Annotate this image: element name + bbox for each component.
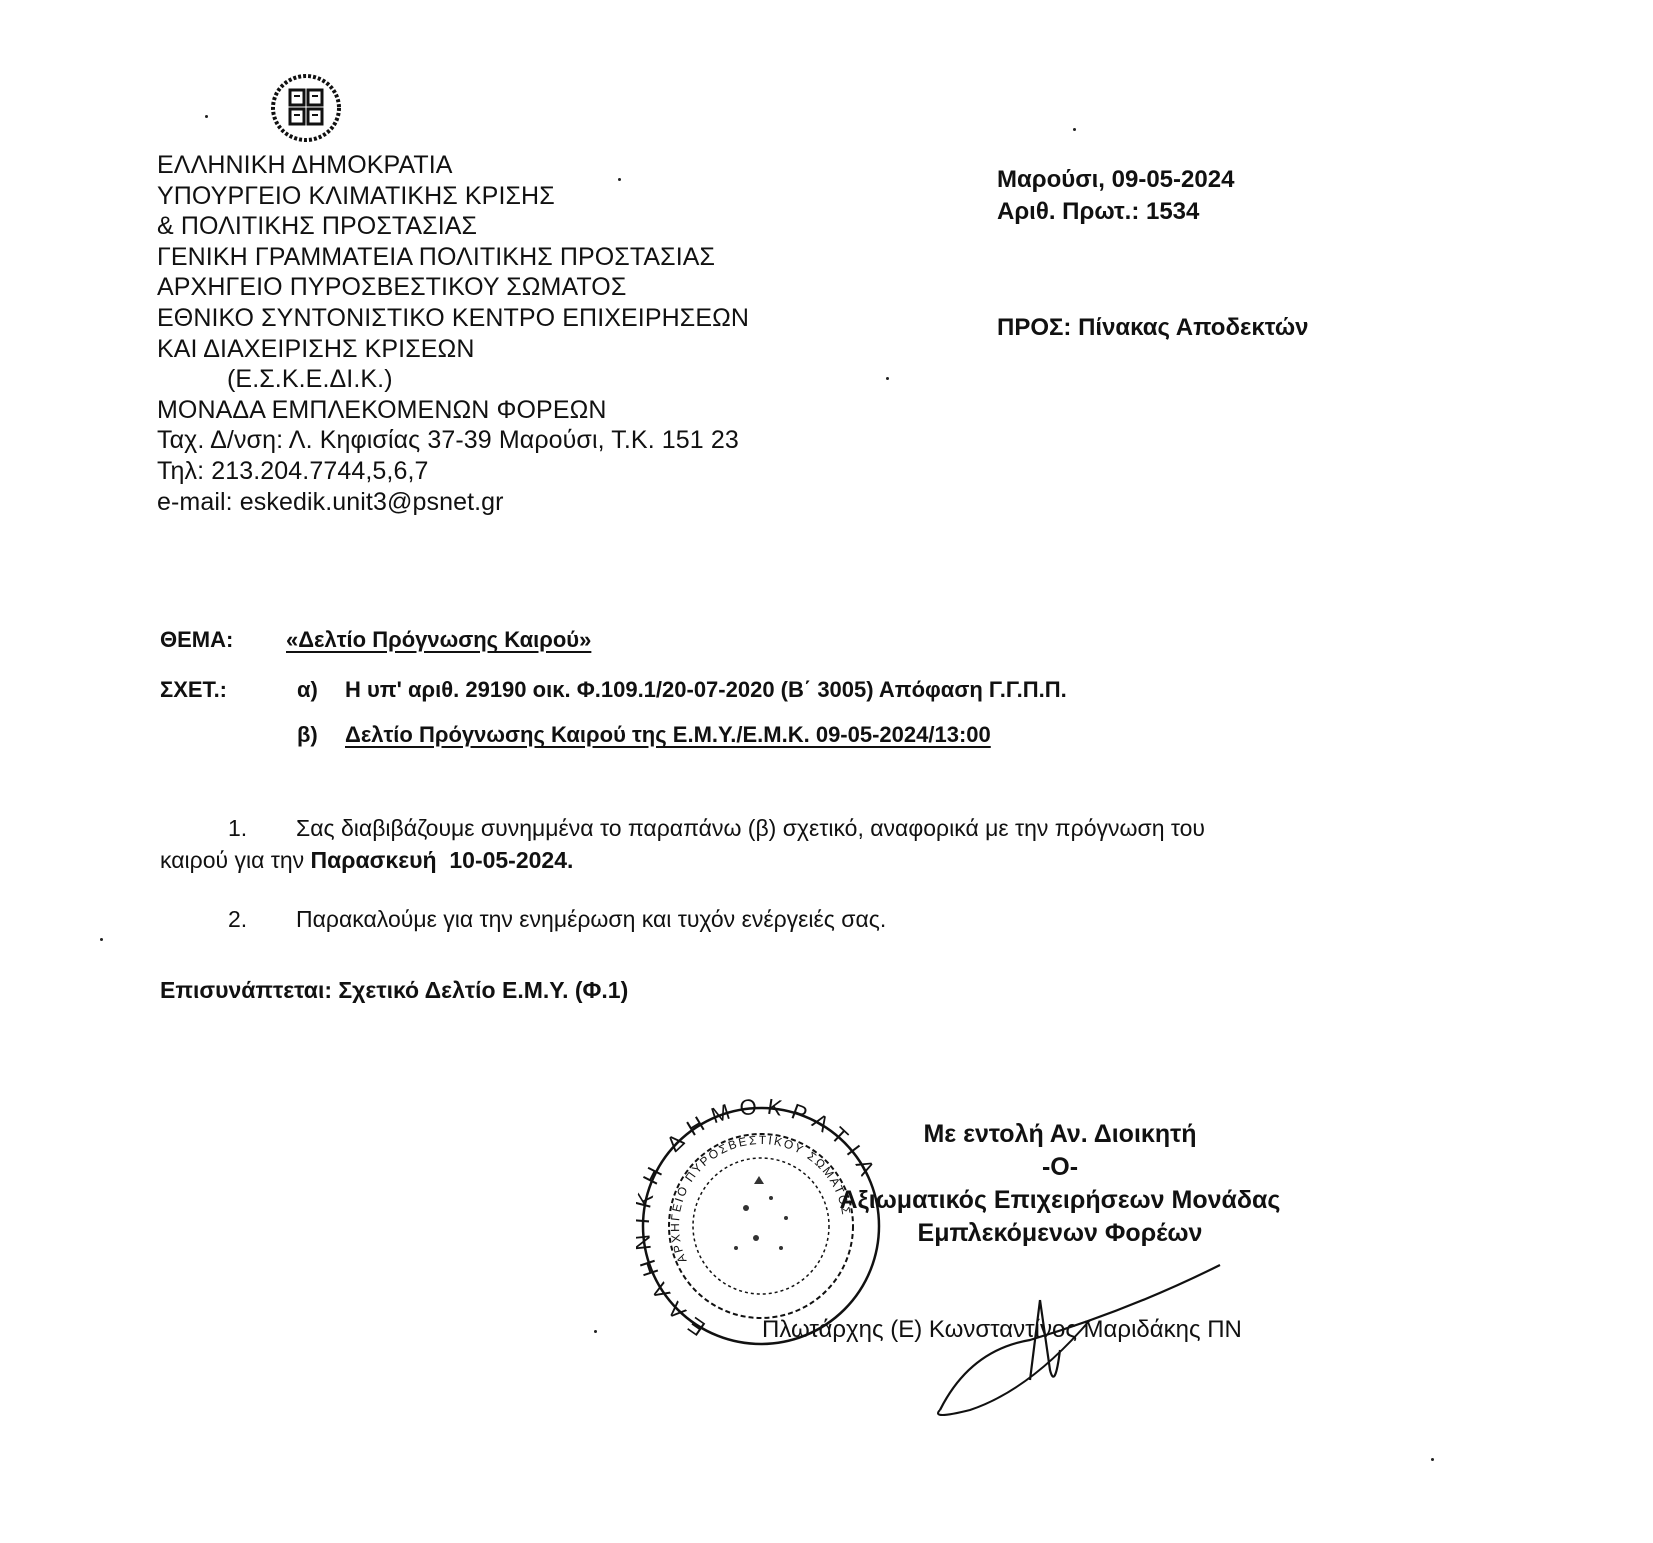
attachment-note: Επισυνάπτεται: Σχετικό Δελτίο Ε.Μ.Υ. (Φ.… <box>160 977 628 1004</box>
paragraph-text: Σας διαβιβάζουμε συνημμένα το παραπάνω (… <box>296 815 1366 842</box>
document-meta: Μαρούσι, 09-05-2024 Αριθ. Πρωτ.: 1534 <box>997 164 1234 228</box>
sender-phone: Τηλ: 213.204.7744,5,6,7 <box>157 456 749 487</box>
signature-line: Εμπλεκόμενων Φορέων <box>760 1217 1360 1250</box>
header-line: ΚΑΙ ΔΙΑΧΕΙΡΙΣΗΣ ΚΡΙΣΕΩΝ <box>157 334 749 365</box>
signature-line: -Ο- <box>760 1151 1360 1184</box>
header-line: ΕΛΛΗΝΙΚΗ ΔΗΜΟΚΡΑΤΙΑ <box>157 150 749 181</box>
header-line: ΜΟΝΑΔΑ ΕΜΠΛΕΚΟΜΕΝΩΝ ΦΟΡΕΩΝ <box>157 395 749 426</box>
handwritten-signature-icon <box>930 1260 1230 1420</box>
subject-label: ΘΕΜΑ: <box>160 627 233 653</box>
scan-speck <box>594 1330 597 1333</box>
scan-speck <box>886 377 889 380</box>
scan-speck <box>618 178 621 181</box>
header-line: & ΠΟΛΙΤΙΚΗΣ ΠΡΟΣΤΑΣΙΑΣ <box>157 211 749 242</box>
paragraph-text-prefix: καιρού για την <box>160 847 311 873</box>
signature-block: Με εντολή Αν. Διοικητή -Ο- Αξιωματικός Ε… <box>760 1118 1360 1250</box>
header-line: (Ε.Σ.Κ.Ε.ΔΙ.Κ.) <box>157 364 749 395</box>
signature-line: Με εντολή Αν. Διοικητή <box>760 1118 1360 1151</box>
header-line: ΕΘΝΙΚΟ ΣΥΝΤΟΝΙΣΤΙΚΟ ΚΕΝΤΡΟ ΕΠΙΧΕΙΡΗΣΕΩΝ <box>157 303 749 334</box>
paragraph-date: Παρασκευή 10-05-2024. <box>311 847 574 873</box>
reference-mark: β) <box>297 722 318 748</box>
scan-speck <box>1073 128 1076 131</box>
header-line: ΥΠΟΥΡΓΕΙΟ ΚΛΙΜΑΤΙΚΗΣ ΚΡΙΣΗΣ <box>157 181 749 212</box>
scan-speck <box>100 938 103 941</box>
sender-address: Ταχ. Δ/νση: Λ. Κηφισίας 37-39 Μαρούσι, Τ… <box>157 425 749 456</box>
paragraph-text: Παρακαλούμε για την ενημέρωση και τυχόν … <box>296 906 886 933</box>
paragraph-number: 1. <box>228 815 247 842</box>
scan-speck <box>1431 1458 1434 1461</box>
reference-text: Η υπ' αριθ. 29190 οικ. Φ.109.1/20-07-202… <box>345 677 1067 703</box>
place-date: Μαρούσι, 09-05-2024 <box>997 164 1234 196</box>
header-line: ΑΡΧΗΓΕΙΟ ΠΥΡΟΣΒΕΣΤΙΚΟΥ ΣΩΜΑΤΟΣ <box>157 272 749 303</box>
paragraph-number: 2. <box>228 906 247 933</box>
header-line: ΓΕΝΙΚΗ ΓΡΑΜΜΑΤΕΙΑ ΠΟΛΙΤΙΚΗΣ ΠΡΟΣΤΑΣΙΑΣ <box>157 242 749 273</box>
sender-header: ΕΛΛΗΝΙΚΗ ΔΗΜΟΚΡΑΤΙΑ ΥΠΟΥΡΓΕΙΟ ΚΛΙΜΑΤΙΚΗΣ… <box>157 150 749 517</box>
reference-mark: α) <box>297 677 318 703</box>
signature-line: Αξιωματικός Επιχειρήσεων Μονάδας <box>760 1184 1360 1217</box>
recipients: ΠΡΟΣ: Πίνακας Αποδεκτών <box>997 314 1308 342</box>
subject-value: «Δελτίο Πρόγνωσης Καιρού» <box>286 627 591 653</box>
paragraph-text: καιρού για την Παρασκευή 10-05-2024. <box>160 847 573 874</box>
reference-text: Δελτίο Πρόγνωσης Καιρού της Ε.Μ.Υ./Ε.Μ.Κ… <box>345 722 991 748</box>
greek-coat-of-arms-icon <box>268 72 344 144</box>
references-label: ΣΧΕΤ.: <box>160 677 227 703</box>
sender-email: e-mail: eskedik.unit3@psnet.gr <box>157 487 749 518</box>
protocol-number: Αριθ. Πρωτ.: 1534 <box>997 196 1234 228</box>
scan-speck <box>205 115 208 118</box>
